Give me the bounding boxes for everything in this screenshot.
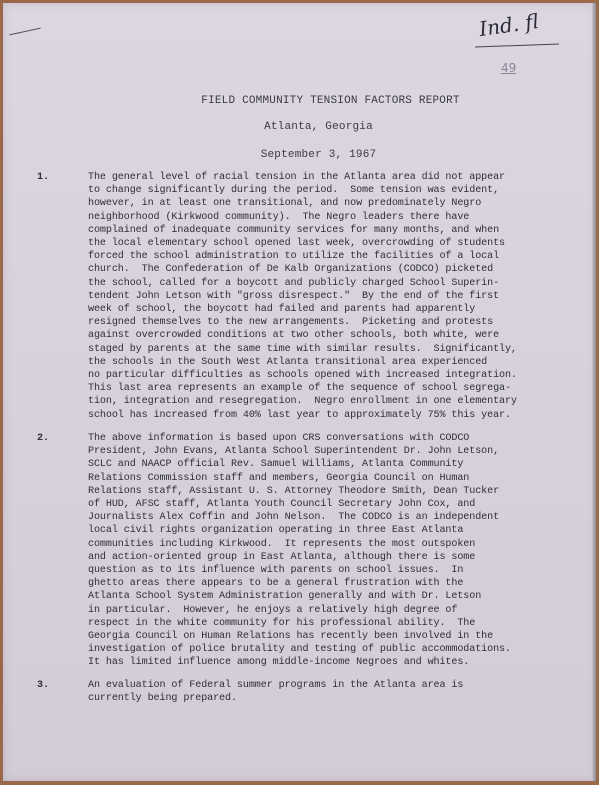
pen-mark — [9, 28, 41, 36]
paragraph-number: 3. — [37, 679, 49, 692]
paragraph-number: 2. — [37, 432, 49, 445]
report-location: Atlanta, Georgia — [19, 121, 599, 133]
handwritten-note: Ind. fl — [478, 9, 540, 41]
handwritten-underline — [475, 44, 559, 48]
paragraph-text: An evaluation of Federal summer programs… — [88, 679, 557, 705]
report-title: FIELD COMMUNITY TENSION FACTORS REPORT — [31, 95, 599, 107]
paragraph-3: 3. An evaluation of Federal summer progr… — [37, 679, 557, 705]
page-edge — [592, 3, 596, 781]
report-date: September 3, 1967 — [19, 149, 599, 161]
paragraph-2: 2. The above information is based upon C… — [37, 432, 557, 670]
paragraph-number: 1. — [37, 171, 49, 184]
paragraph-text: The general level of racial tension in t… — [88, 171, 557, 422]
paragraph-text: The above information is based upon CRS … — [88, 432, 557, 670]
page-number: 49 — [501, 61, 516, 75]
paragraph-1: 1. The general level of racial tension i… — [37, 171, 557, 422]
document-page: Ind. fl 49 FIELD COMMUNITY TENSION FACTO… — [3, 3, 596, 781]
